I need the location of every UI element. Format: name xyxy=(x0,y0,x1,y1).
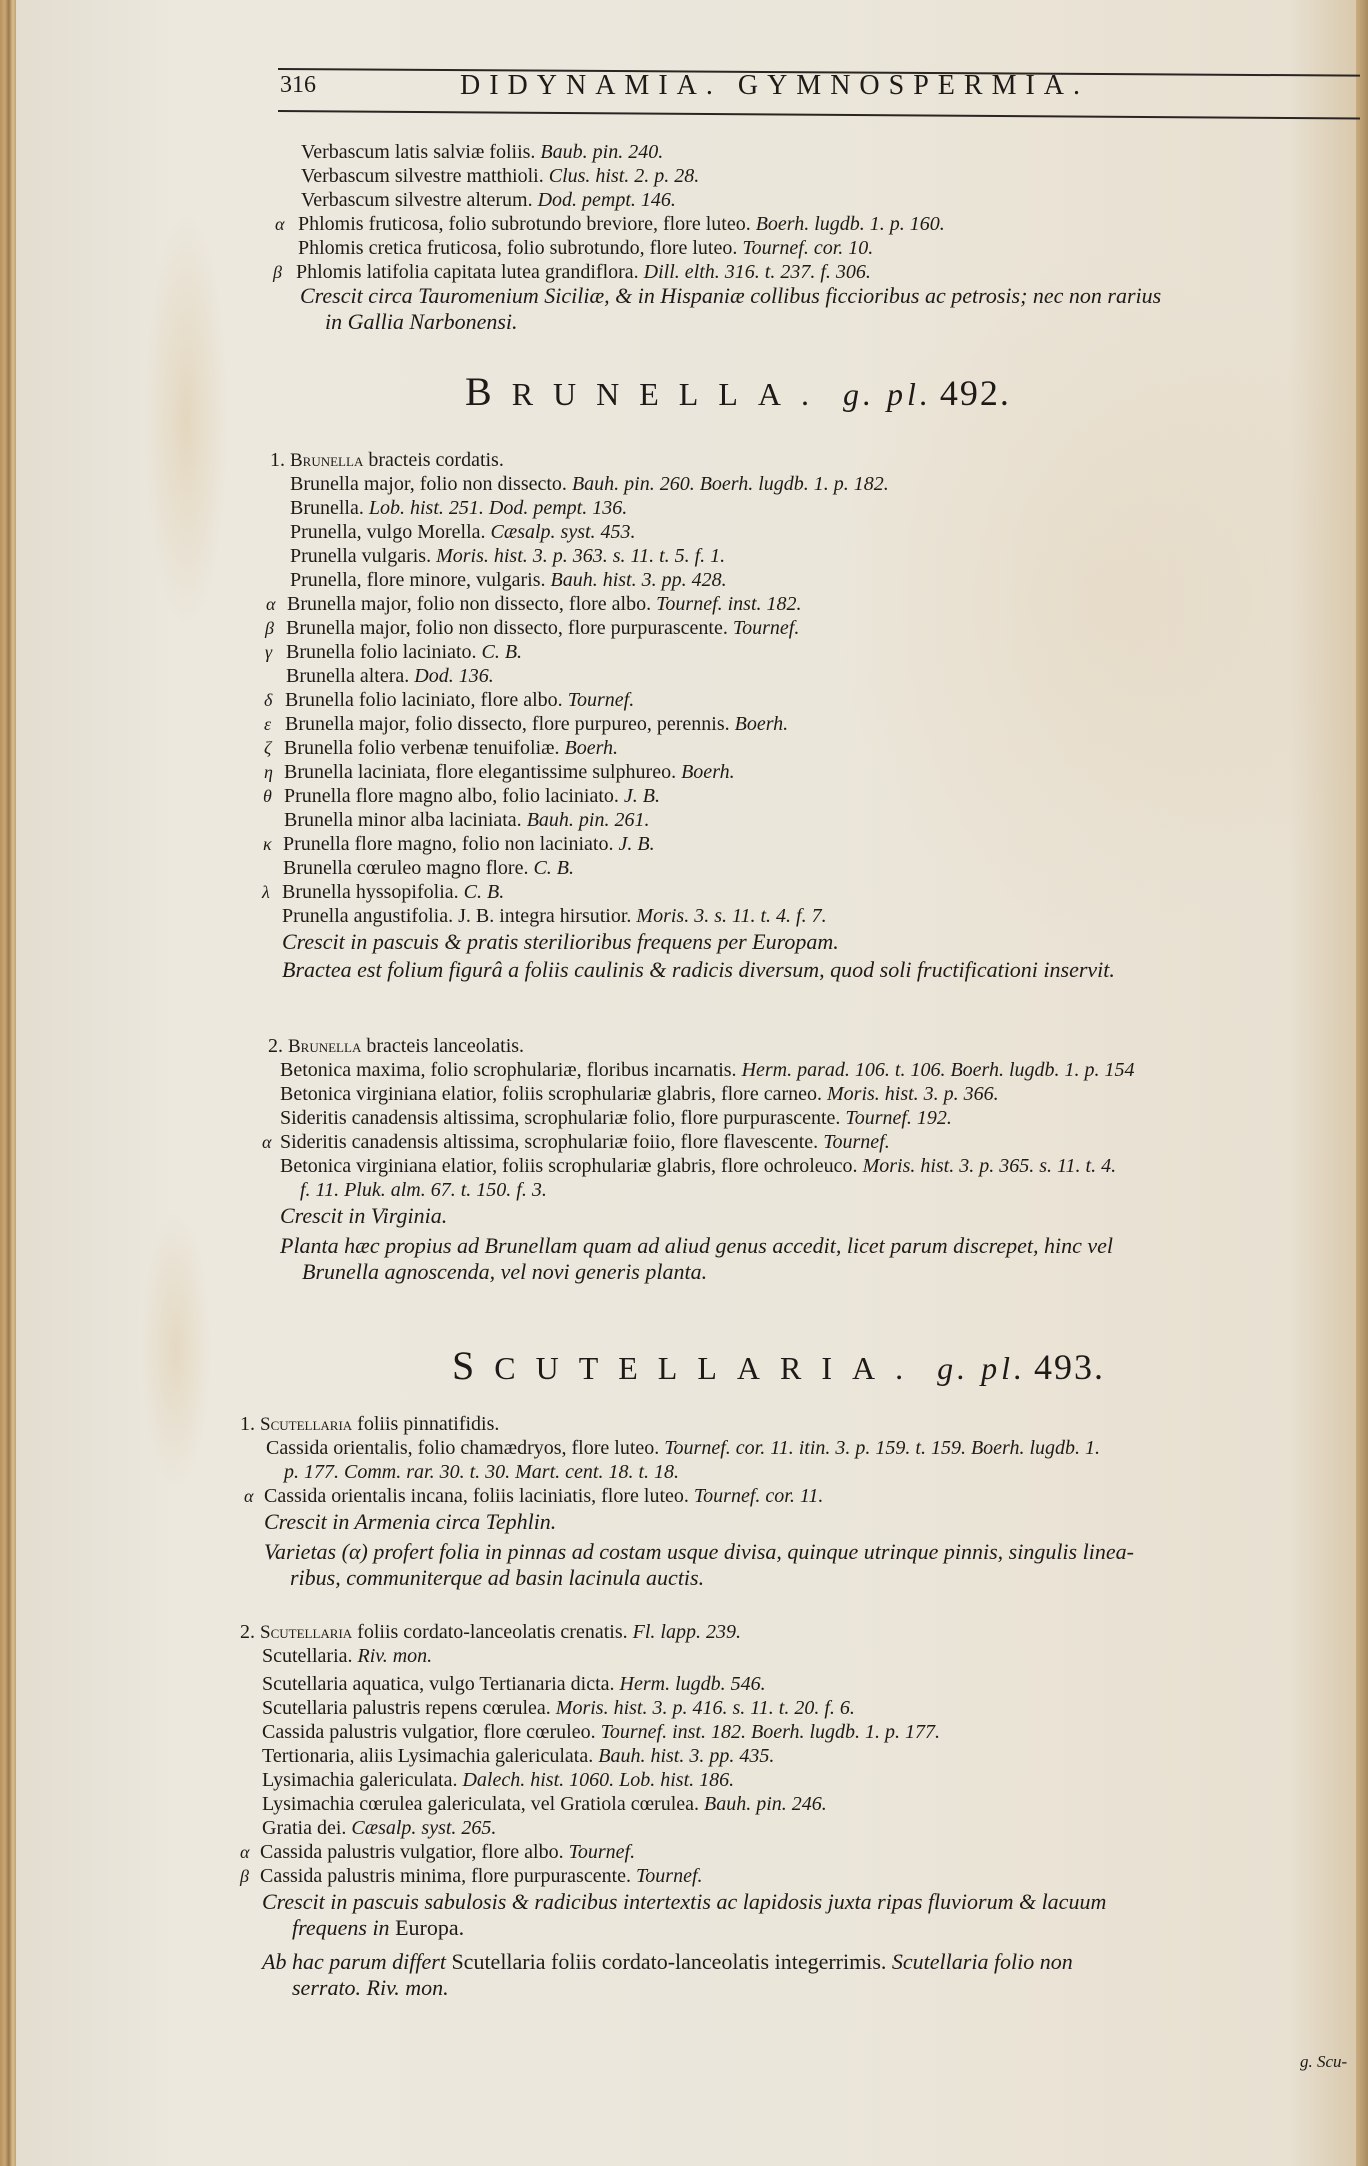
species-diagnosis: 1. Scutellaria foliis pinnatifidis. xyxy=(240,1412,499,1437)
variety-line: Brunella major, folio non dissecto, flor… xyxy=(287,592,802,616)
variety-line: Prunella flore magno albo, folio lacinia… xyxy=(284,784,660,808)
variety-line: Phlomis fruticosa, folio subrotundo brev… xyxy=(298,212,945,236)
variety-line: Brunella folio laciniato, flore albo. To… xyxy=(285,688,634,712)
synonym-line: Cassida palustris vulgatior, flore cœrul… xyxy=(262,1720,940,1744)
habitat-line: Crescit in pascuis sabulosis & radicibus… xyxy=(262,1890,1106,1914)
note-line: Ab hac parum differt Scutellaria foliis … xyxy=(262,1950,1073,1974)
synonym-line: Brunella major, folio non dissecto. Bauh… xyxy=(290,472,889,496)
species-diagnosis: 1. Brunella bracteis cordatis. xyxy=(270,448,504,473)
synonym-continuation: p. 177. Comm. rar. 30. t. 30. Mart. cent… xyxy=(284,1460,679,1484)
habitat-line: Crescit circa Tauromenium Siciliæ, & in … xyxy=(300,284,1161,308)
variety-line: Brunella major, folio dissecto, flore pu… xyxy=(285,712,788,736)
habitat-line: Crescit in Virginia. xyxy=(280,1204,447,1228)
synonym-line: Verbascum silvestre matthioli. Clus. his… xyxy=(301,164,699,188)
variety-marker: α xyxy=(262,1130,271,1154)
synonym-line: Gratia dei. Cæsalp. syst. 265. xyxy=(262,1816,496,1840)
variety-line: Brunella folio verbenæ tenuifoliæ. Boerh… xyxy=(284,736,618,760)
variety-line: Prunella flore magno, folio non laciniat… xyxy=(283,832,655,856)
variety-marker: β xyxy=(273,260,282,284)
species-diagnosis: 2. Brunella bracteis lanceolatis. xyxy=(268,1034,524,1059)
synonym-line: Prunella, flore minore, vulgaris. Bauh. … xyxy=(290,568,727,592)
page-number: 316 xyxy=(280,72,316,99)
variety-line: Sideritis canadensis altissima, scrophul… xyxy=(280,1130,890,1154)
page-fore-edge xyxy=(1356,0,1368,2166)
note-line: Bractea est folium figurâ a foliis cauli… xyxy=(282,958,1115,982)
synonym-line: Brunella altera. Dod. 136. xyxy=(286,664,494,688)
variety-marker: β xyxy=(265,616,274,640)
variety-line: Brunella major, folio non dissecto, flor… xyxy=(286,616,799,640)
variety-marker: α xyxy=(244,1484,253,1508)
variety-marker: η xyxy=(264,760,273,784)
variety-marker: α xyxy=(266,592,275,616)
variety-marker: β xyxy=(240,1864,249,1888)
synonym-line: Brunella. Lob. hist. 251. Dod. pempt. 13… xyxy=(290,496,627,520)
genus-heading-scutellaria: SCUTELLARIA.g. pl.493. xyxy=(452,1342,1105,1389)
synonym-line: Betonica maxima, folio scrophulariæ, flo… xyxy=(280,1058,1135,1082)
genus-heading-brunella: BRUNELLA.g. pl.492. xyxy=(465,368,1011,415)
variety-marker: λ xyxy=(262,880,270,904)
variety-marker: α xyxy=(275,212,284,236)
synonym-line: Prunella angustifolia. J. B. integra hir… xyxy=(282,904,827,928)
note-line: Planta hæc propius ad Brunellam quam ad … xyxy=(280,1234,1113,1258)
variety-line: Brunella hyssopifolia. C. B. xyxy=(282,880,504,904)
synonym-line: Lysimachia cœrulea galericulata, vel Gra… xyxy=(262,1792,827,1816)
variety-line: Cassida palustris vulgatior, flore albo.… xyxy=(260,1840,635,1864)
synonym-line: Prunella vulgaris. Moris. hist. 3. p. 36… xyxy=(290,544,725,568)
habitat-line: in Gallia Narbonensi. xyxy=(325,310,518,334)
variety-marker: ε xyxy=(264,712,271,736)
note-line: ribus, communiterque ad basin lacinula a… xyxy=(290,1566,704,1590)
variety-line: Cassida orientalis incana, foliis lacini… xyxy=(264,1484,823,1508)
catchword: g. Scu- xyxy=(1300,2052,1347,2072)
variety-line: Brunella laciniata, flore elegantissime … xyxy=(284,760,735,784)
note-line: serrato. Riv. mon. xyxy=(292,1976,449,2000)
synonym-line: Betonica virginiana elatior, foliis scro… xyxy=(280,1082,999,1106)
synonym-line: Verbascum silvestre alterum. Dod. pempt.… xyxy=(301,188,676,212)
variety-marker: θ xyxy=(263,784,272,808)
synonym-line: Scutellaria palustris repens cœrulea. Mo… xyxy=(262,1696,855,1720)
page-edges xyxy=(0,0,16,2166)
synonym-line: Brunella minor alba laciniata. Bauh. pin… xyxy=(284,808,649,832)
species-diagnosis: 2. Scutellaria foliis cordato-lanceolati… xyxy=(240,1620,741,1645)
note-line: Varietas (α) profert folia in pinnas ad … xyxy=(264,1540,1134,1564)
variety-marker: κ xyxy=(263,832,272,856)
habitat-line: frequens in Europa. xyxy=(292,1916,464,1940)
synonym-line: Betonica virginiana elatior, foliis scro… xyxy=(280,1154,1116,1178)
variety-marker: ζ xyxy=(264,736,271,760)
synonym-line: Sideritis canadensis altissima, scrophul… xyxy=(280,1106,952,1130)
variety-line: Cassida palustris minima, flore purpuras… xyxy=(260,1864,703,1888)
variety-marker: δ xyxy=(264,688,272,712)
variety-line: Phlomis latifolia capitata lutea grandif… xyxy=(296,260,871,284)
variety-marker: γ xyxy=(265,640,272,664)
synonym-line: Prunella, vulgo Morella. Cæsalp. syst. 4… xyxy=(290,520,636,544)
note-line: Brunella agnoscenda, vel novi generis pl… xyxy=(302,1260,707,1284)
synonym-line: Phlomis cretica fruticosa, folio subrotu… xyxy=(298,236,873,260)
synonym-continuation: f. 11. Pluk. alm. 67. t. 150. f. 3. xyxy=(300,1178,547,1202)
synonym-line: Brunella cœruleo magno flore. C. B. xyxy=(283,856,574,880)
habitat-line: Crescit in pascuis & pratis sterilioribu… xyxy=(282,930,839,954)
running-title: DIDYNAMIA. GYMNOSPERMIA. xyxy=(460,70,1089,102)
variety-marker: α xyxy=(240,1840,249,1864)
synonym-line: Scutellaria aquatica, vulgo Tertianaria … xyxy=(262,1672,766,1696)
habitat-line: Crescit in Armenia circa Tephlin. xyxy=(264,1510,556,1534)
synonym-line: Verbascum latis salviæ foliis. Baub. pin… xyxy=(301,140,663,164)
variety-line: Brunella folio laciniato. C. B. xyxy=(286,640,522,664)
synonym-line: Scutellaria. Riv. mon. xyxy=(262,1644,432,1668)
synonym-line: Cassida orientalis, folio chamædryos, fl… xyxy=(266,1436,1100,1460)
synonym-line: Tertionaria, aliis Lysimachia galericula… xyxy=(262,1744,774,1768)
synonym-line: Lysimachia galericulata. Dalech. hist. 1… xyxy=(262,1768,734,1792)
running-head: 316 DIDYNAMIA. GYMNOSPERMIA. xyxy=(280,70,1340,110)
